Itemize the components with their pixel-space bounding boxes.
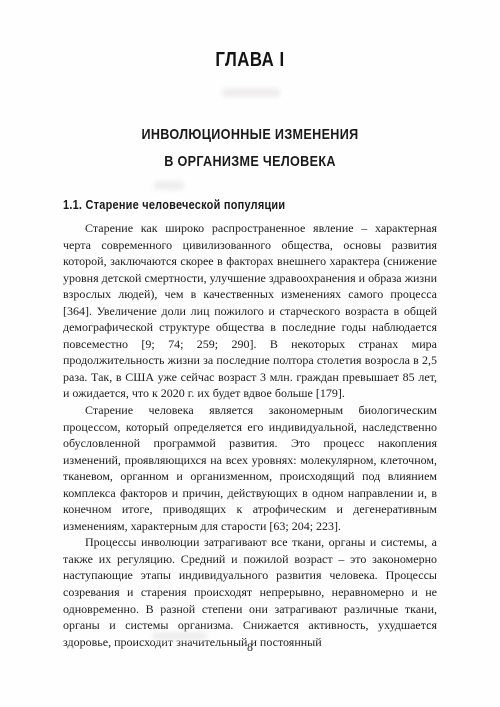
scan-smudge [152, 632, 207, 640]
paragraph: Процессы инволюции затрагивают все ткани… [63, 534, 437, 650]
chapter-subtitle-line-2: В ОРГАНИЗМЕ ЧЕЛОВЕКА [40, 148, 460, 175]
chapter-subtitle-line-1: ИНВОЛЮЦИОННЫЕ ИЗМЕНЕНИЯ [40, 121, 460, 148]
book-page: ГЛАВА I ИНВОЛЮЦИОННЫЕ ИЗМЕНЕНИЯ В ОРГАНИ… [0, 0, 500, 707]
scan-smudge [222, 88, 280, 97]
paragraph: Старение как широко распространенное явл… [63, 220, 437, 402]
body-text: Старение как широко распространенное явл… [63, 220, 437, 650]
page-number: 8 [0, 640, 500, 655]
section-heading: 1.1. Старение человеческой популяции [63, 197, 285, 212]
paragraph: Старение человека является закономерным … [63, 402, 437, 534]
chapter-title: ГЛАВА I [40, 49, 460, 72]
scan-smudge [154, 181, 184, 190]
chapter-subtitle: ИНВОЛЮЦИОННЫЕ ИЗМЕНЕНИЯ В ОРГАНИЗМЕ ЧЕЛО… [40, 121, 460, 175]
